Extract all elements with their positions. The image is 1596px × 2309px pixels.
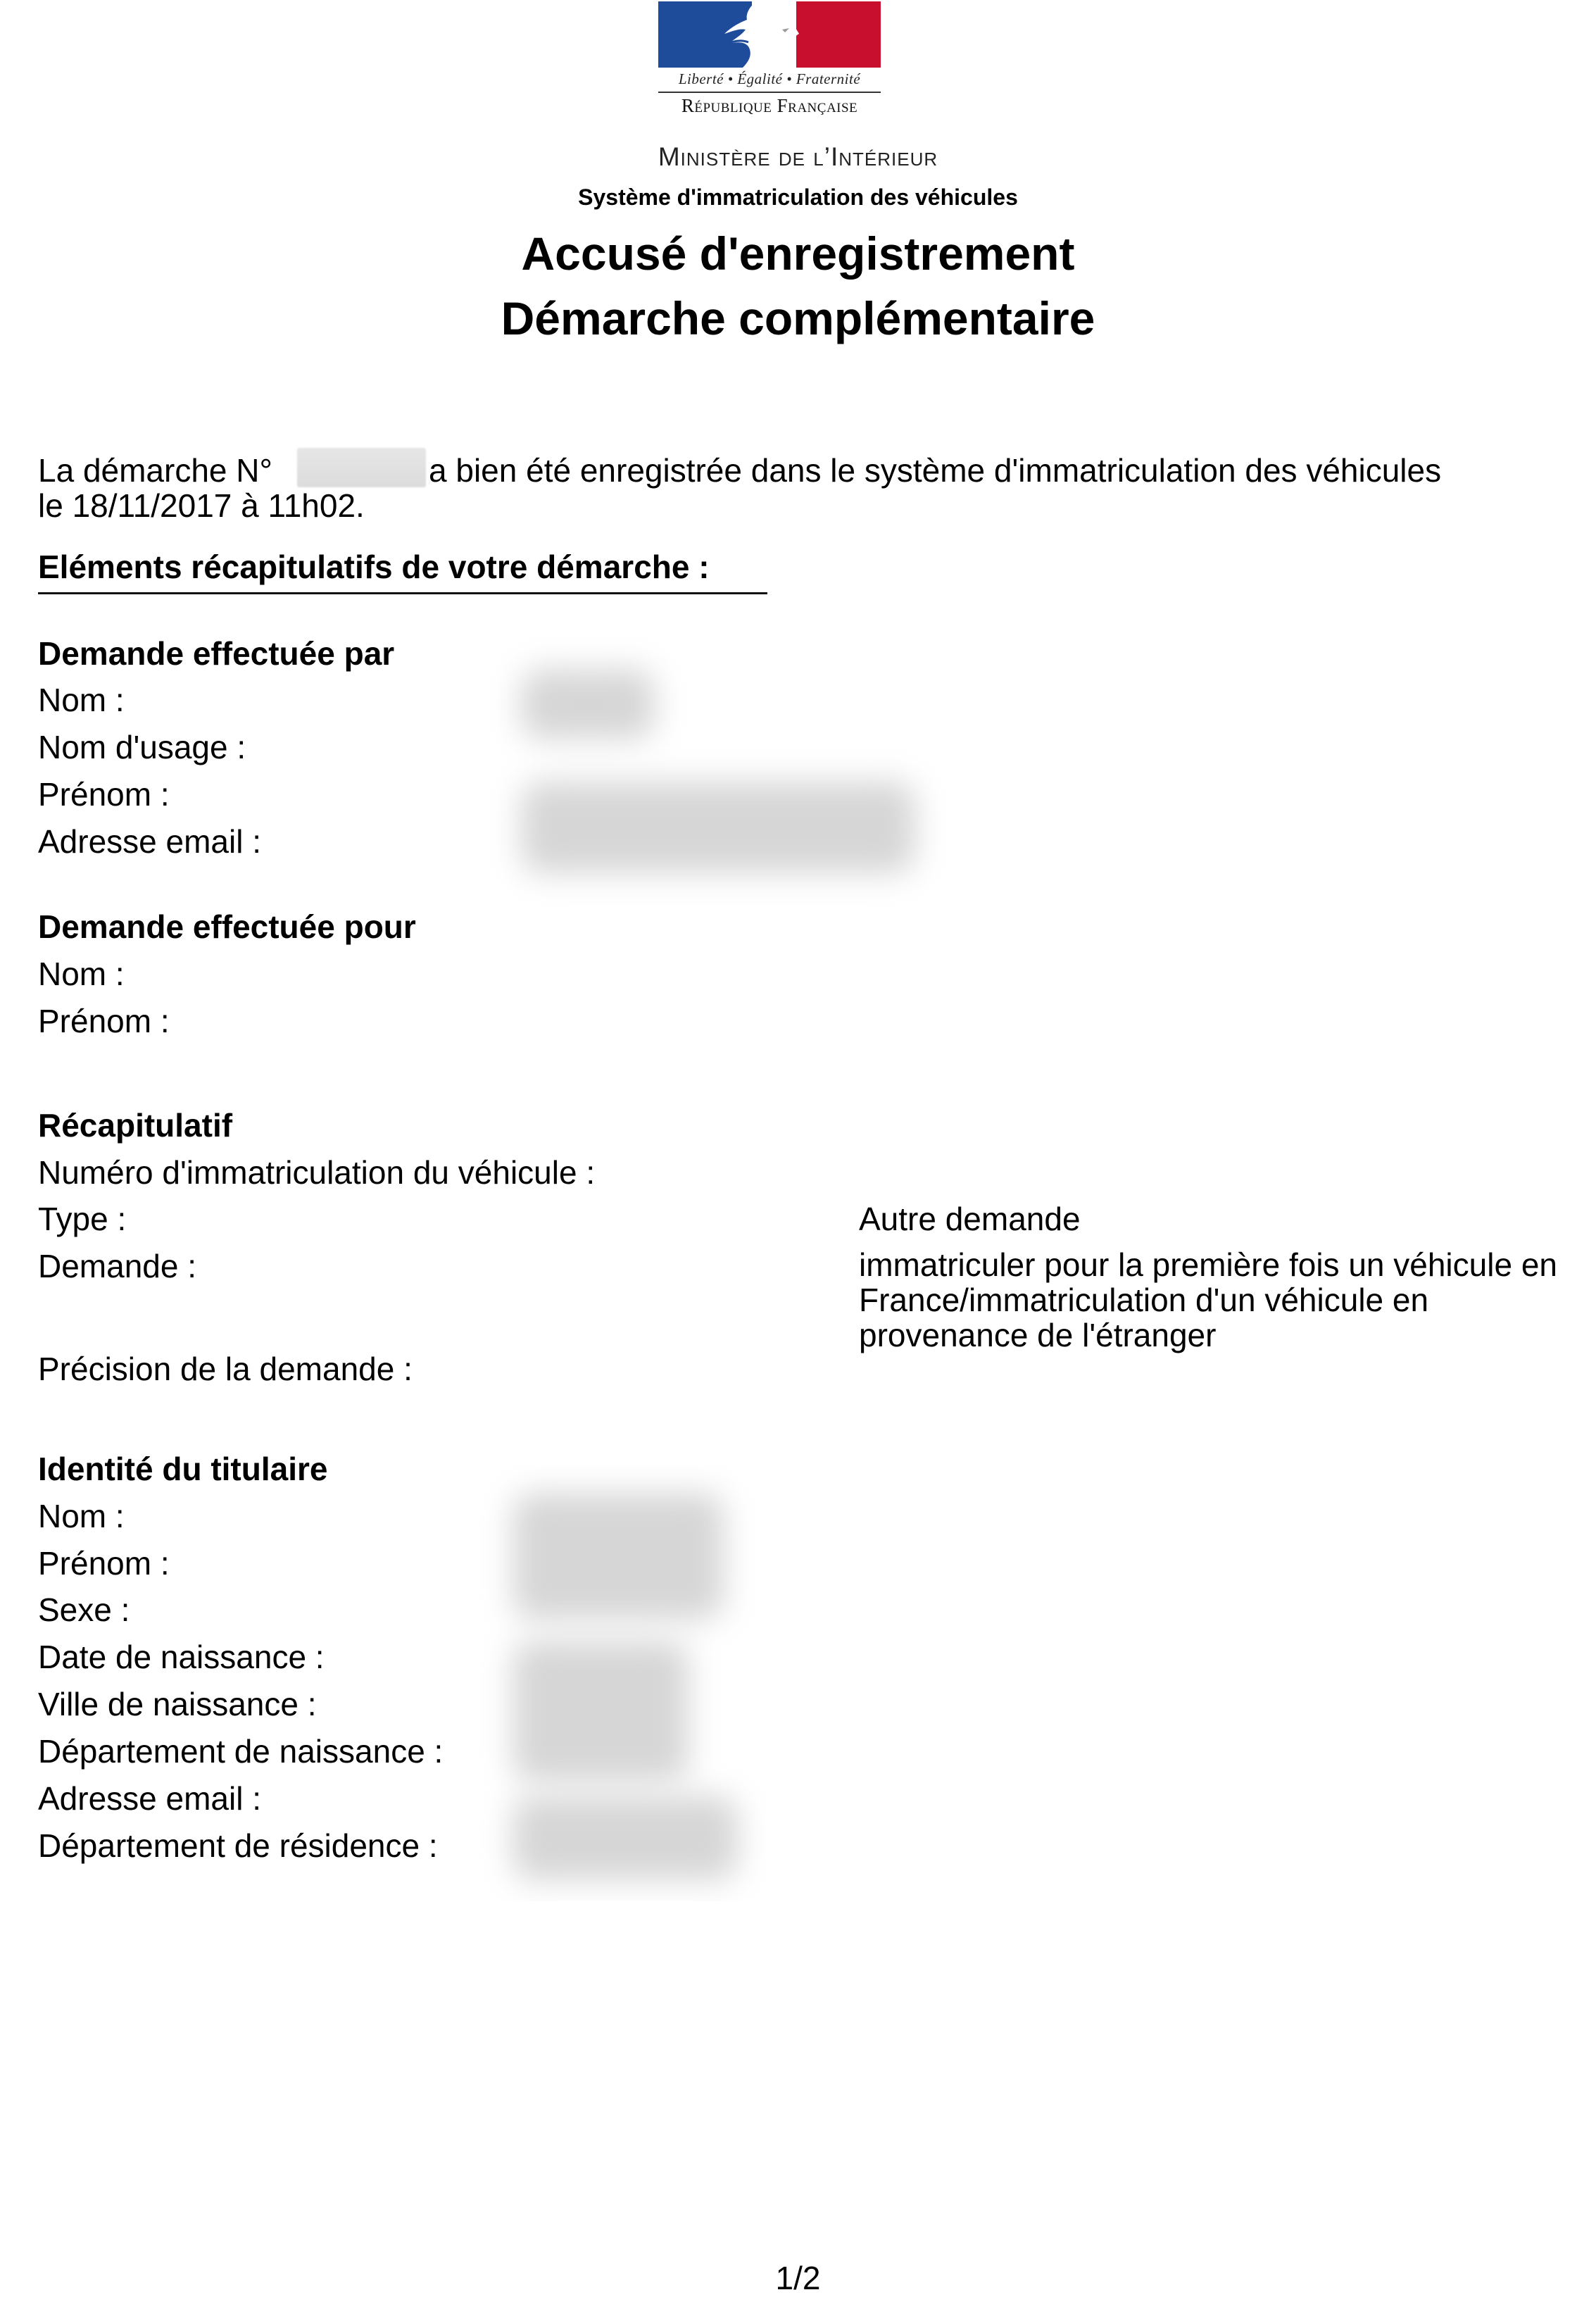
summary-heading-underline — [38, 592, 767, 594]
field-label: Nom : — [38, 681, 125, 719]
field-value-type: Autre demande — [859, 1200, 1081, 1238]
field-label: Prénom : — [38, 775, 170, 813]
field-label: Département de résidence : — [38, 1827, 438, 1865]
intro-prefix: La démarche N° — [38, 451, 272, 489]
field-label: Date de naissance : — [38, 1638, 325, 1676]
field-label: Nom d'usage : — [38, 728, 246, 766]
field-label: Précision de la demande : — [38, 1350, 413, 1388]
field-label: Nom : — [38, 955, 125, 993]
marianne-profile-icon — [715, 1, 820, 68]
redacted-reference-number — [297, 448, 426, 487]
field-label: Prénom : — [38, 1544, 170, 1582]
republique-francaise-logo: Liberté • Égalité • Fraternité Républiqu… — [658, 0, 881, 120]
field-label: Adresse email : — [38, 822, 261, 861]
logo-country: République Française — [658, 95, 881, 117]
intro-suffix: a bien été enregistrée dans le système d… — [429, 451, 1441, 489]
field-label: Ville de naissance : — [38, 1685, 317, 1723]
field-label: Numéro d'immatriculation du véhicule : — [38, 1153, 595, 1191]
page-number: 1/2 — [0, 2259, 1596, 2297]
field-label: Prénom : — [38, 1002, 170, 1040]
logo-divider — [658, 92, 881, 93]
section-requested-for-title: Demande effectuée pour — [38, 908, 416, 946]
document-title: Accusé d'enregistrement — [0, 227, 1596, 280]
redacted-value — [521, 782, 915, 873]
field-label: Adresse email : — [38, 1779, 261, 1817]
section-recap-title: Récapitulatif — [38, 1106, 232, 1144]
system-name: Système d'immatriculation des véhicules — [0, 184, 1596, 211]
field-label: Sexe : — [38, 1591, 130, 1629]
section-holder-title: Identité du titulaire — [38, 1450, 327, 1488]
logo-motto: Liberté • Égalité • Fraternité — [658, 70, 881, 88]
summary-heading: Eléments récapitulatifs de votre démarch… — [38, 548, 710, 586]
intro-date: le 18/11/2017 à 11h02. — [38, 487, 365, 525]
document-subtitle: Démarche complémentaire — [0, 292, 1596, 345]
field-label: Type : — [38, 1200, 126, 1238]
field-label: Nom : — [38, 1497, 125, 1535]
redacted-holder-values — [470, 1465, 766, 1901]
ministry-name: Ministère de l’Intérieur — [0, 142, 1596, 172]
redacted-value — [521, 669, 655, 739]
field-label: Département de naissance : — [38, 1732, 443, 1770]
section-requested-by-title: Demande effectuée par — [38, 634, 394, 672]
field-value-demande: immatriculer pour la première fois un vé… — [859, 1247, 1563, 1353]
field-label: Demande : — [38, 1247, 196, 1285]
